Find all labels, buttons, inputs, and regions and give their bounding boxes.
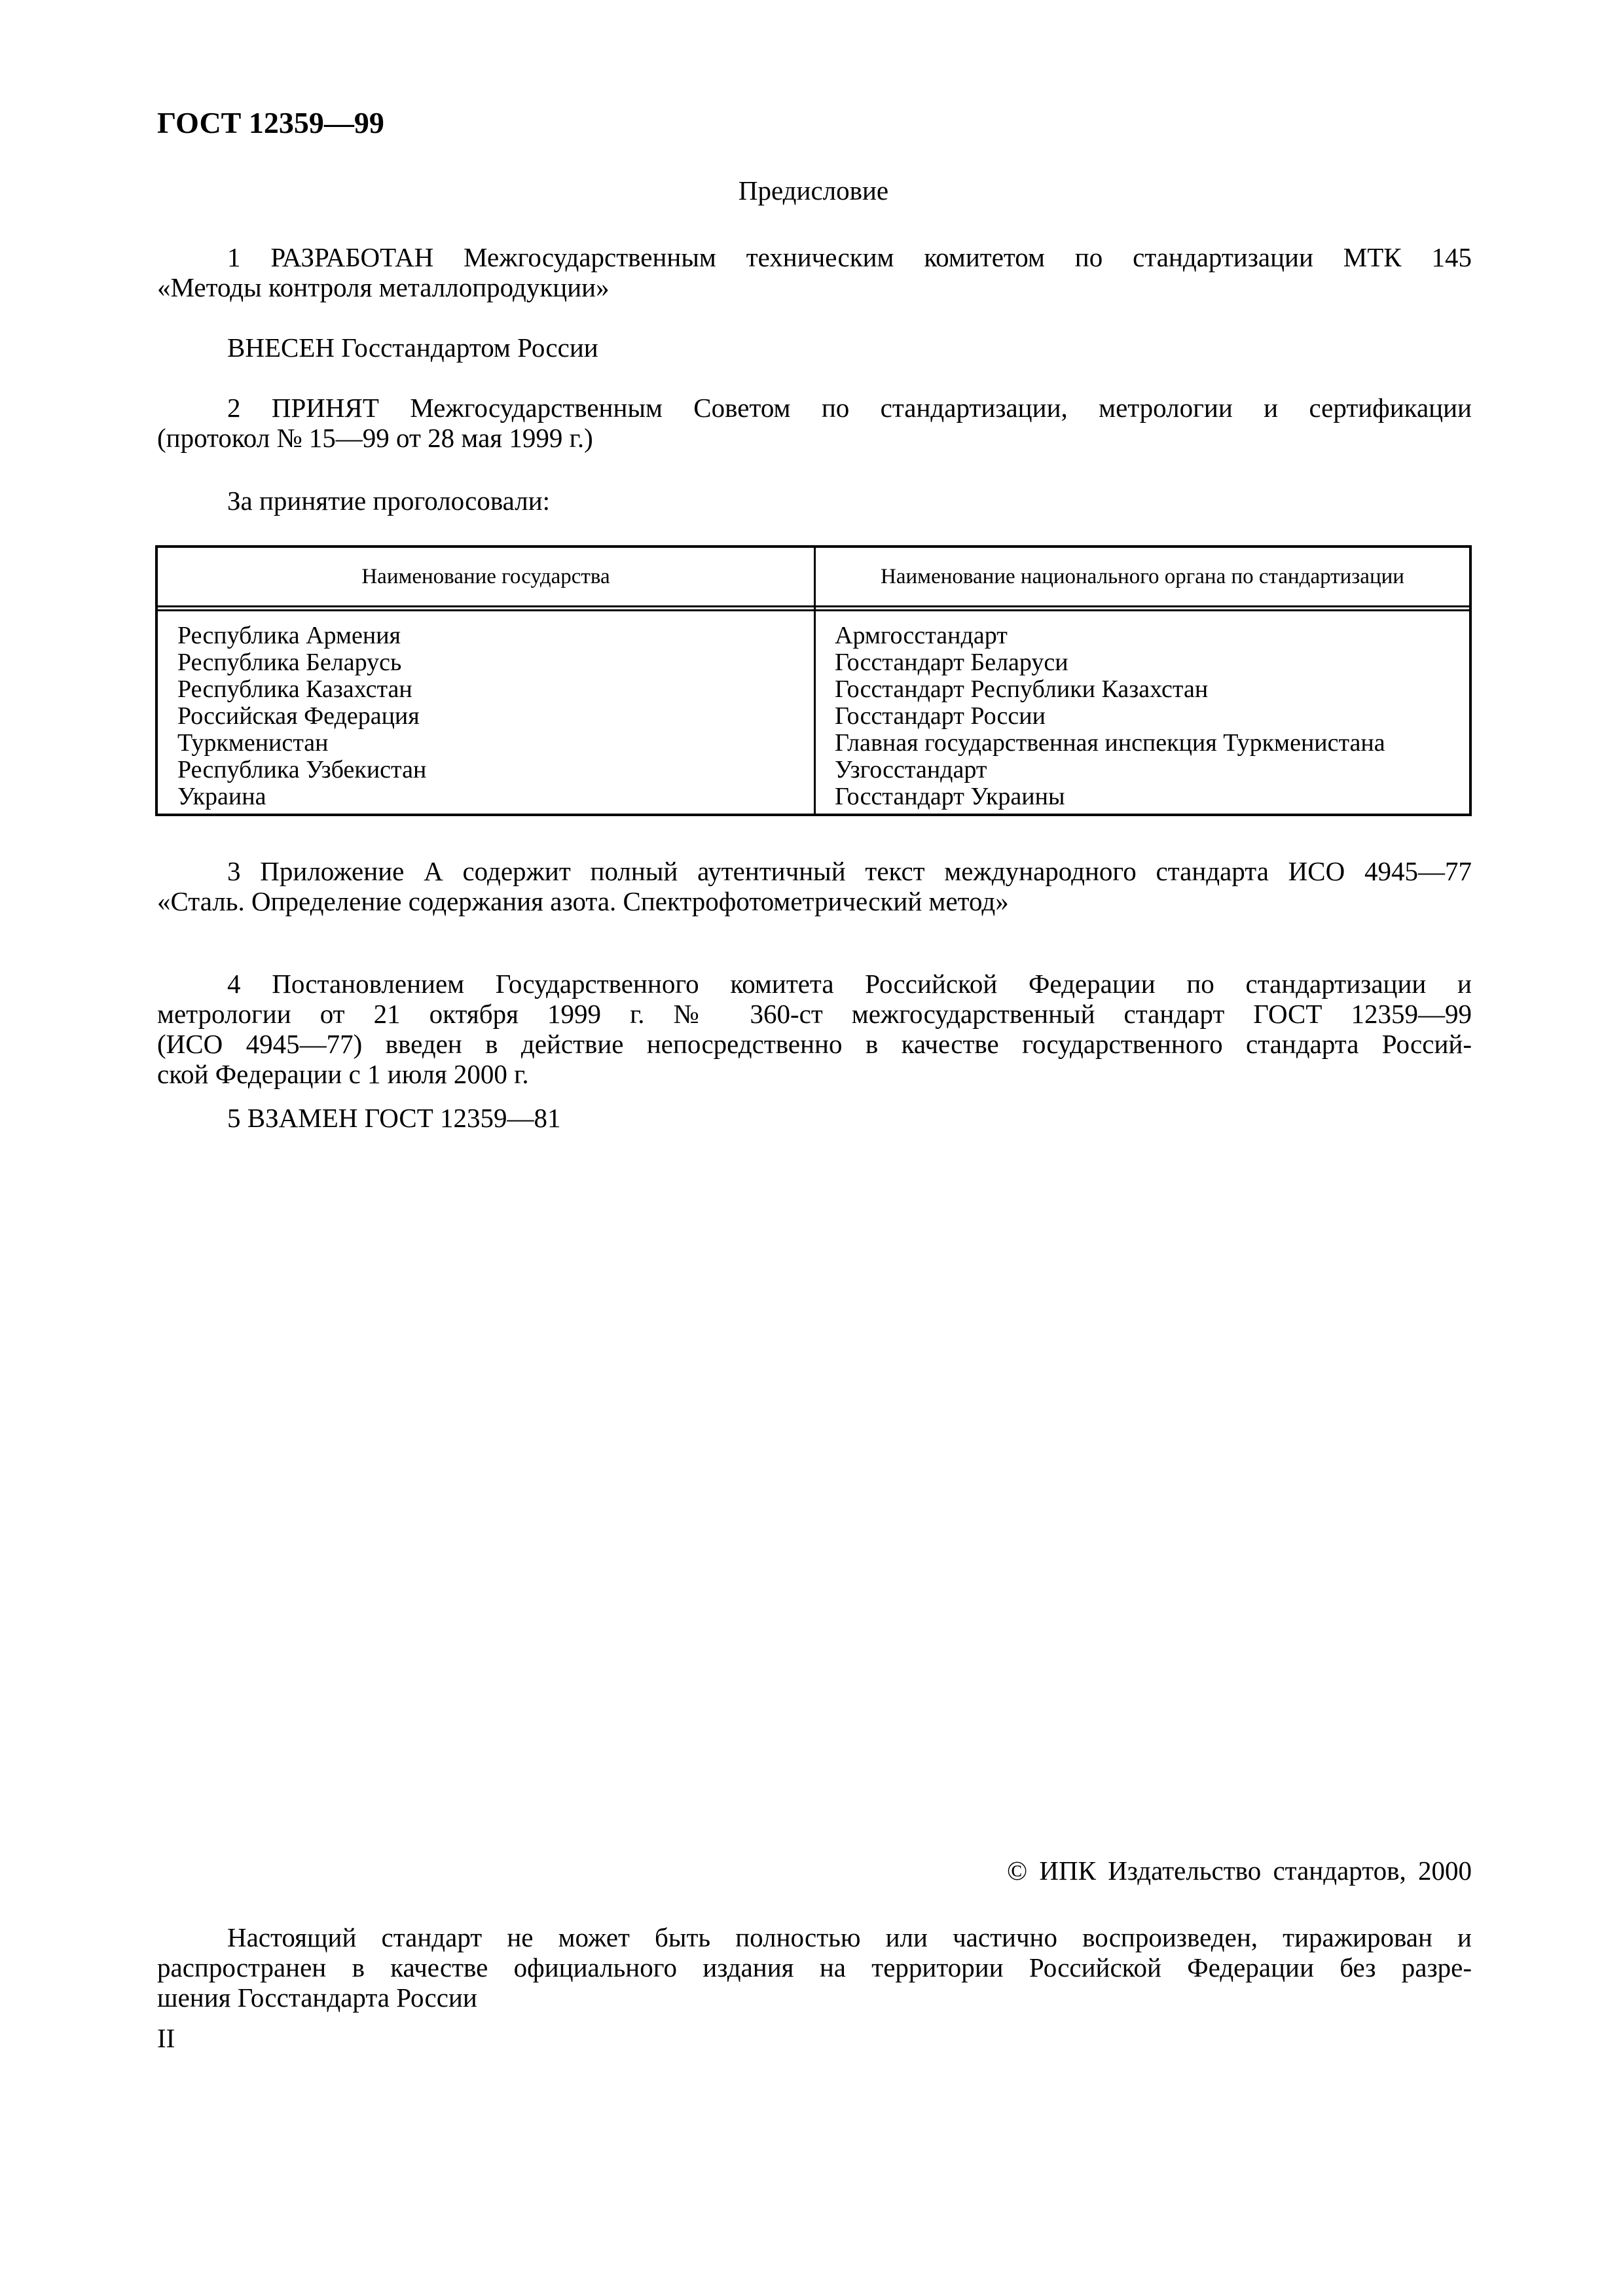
paragraph-line: шения Госстандарта России <box>157 1982 1472 2013</box>
copyright-notice: © ИПК Издательство стандартов, 2000 <box>1007 1854 1472 1887</box>
table-cell-state: Республика Казахстан <box>177 676 426 703</box>
paragraph-line: 3 Приложение А содержит полный аутентичн… <box>157 856 1472 886</box>
paragraph-line: (ИСО 4945—77) введен в действие непосред… <box>157 1029 1472 1059</box>
column-divider <box>814 548 816 814</box>
paragraph-line: распространен в качестве официального из… <box>157 1952 1472 1982</box>
paragraph-line: ской Федерации с 1 июля 2000 г. <box>157 1059 1472 1089</box>
paragraph-line: Настоящий стандарт не может быть полност… <box>157 1922 1472 1952</box>
paragraph-line: 1 РАЗРАБОТАН Межгосударственным техничес… <box>157 242 1472 272</box>
paragraph-line: (протокол № 15—99 от 28 мая 1999 г.) <box>157 423 1472 453</box>
reproduction-notice: Настоящий стандарт не может быть полност… <box>157 1922 1472 2013</box>
national-body-column: Армгосстандарт Госстандарт Беларуси Госс… <box>835 622 1385 810</box>
table-cell-state: Республика Армения <box>177 622 426 649</box>
column-header-national-body: Наименование национального органа по ста… <box>816 548 1469 605</box>
table-cell-national-body: Главная государственная инспекция Туркме… <box>835 730 1385 757</box>
paragraph-line: 2 ПРИНЯТ Межгосударственным Советом по с… <box>157 393 1472 423</box>
paragraph-line: метрологии от 21 октября 1999 г. № 360-с… <box>157 999 1472 1029</box>
table-cell-state: Республика Беларусь <box>177 649 426 676</box>
table-cell-state: Российская Федерация <box>177 703 426 730</box>
paragraph-line: 4 Постановлением Государственного комите… <box>157 969 1472 999</box>
paragraph-developed-by: 1 РАЗРАБОТАН Межгосударственным техничес… <box>157 242 1472 302</box>
table-cell-state: Туркменистан <box>177 730 426 757</box>
paragraph-line: «Сталь. Определение содержания азота. Сп… <box>157 886 1472 916</box>
paragraph-line: За принятие проголосовали: <box>157 486 1472 516</box>
table-cell-national-body: Госстандарт Республики Казахстан <box>835 676 1385 703</box>
voting-states-table: Наименование государства Наименование на… <box>155 545 1472 816</box>
table-cell-national-body: Госстандарт Украины <box>835 783 1385 810</box>
table-cell-national-body: Госстандарт России <box>835 703 1385 730</box>
paragraph-adopted-by: 2 ПРИНЯТ Межгосударственным Советом по с… <box>157 393 1472 453</box>
section-heading-foreword: Предисловие <box>155 174 1472 207</box>
page-number: II <box>157 2023 175 2053</box>
paragraph-voted-for: За принятие проголосовали: <box>157 486 1472 516</box>
table-cell-national-body: Узгосстандарт <box>835 757 1385 783</box>
paragraph-line: 5 ВЗАМЕН ГОСТ 12359—81 <box>157 1103 1472 1133</box>
paragraph-line: ВНЕСЕН Госстандартом России <box>157 332 1472 363</box>
document-code: ГОСТ 12359—99 <box>157 105 384 141</box>
table-cell-state: Украина <box>177 783 426 810</box>
table-cell-state: Республика Узбекистан <box>177 757 426 783</box>
paragraph-submitted-by: ВНЕСЕН Госстандартом России <box>157 332 1472 363</box>
paragraph-annex-a: 3 Приложение А содержит полный аутентичн… <box>157 856 1472 916</box>
table-cell-national-body: Госстандарт Беларуси <box>835 649 1385 676</box>
table-cell-national-body: Армгосстандарт <box>835 622 1385 649</box>
state-column: Республика Армения Республика Беларусь Р… <box>177 622 426 810</box>
paragraph-line: «Методы контроля металлопродукции» <box>157 272 1472 302</box>
column-header-state: Наименование государства <box>158 548 814 605</box>
paragraph-resolution: 4 Постановлением Государственного комите… <box>157 969 1472 1089</box>
paragraph-replaces: 5 ВЗАМЕН ГОСТ 12359—81 <box>157 1103 1472 1133</box>
